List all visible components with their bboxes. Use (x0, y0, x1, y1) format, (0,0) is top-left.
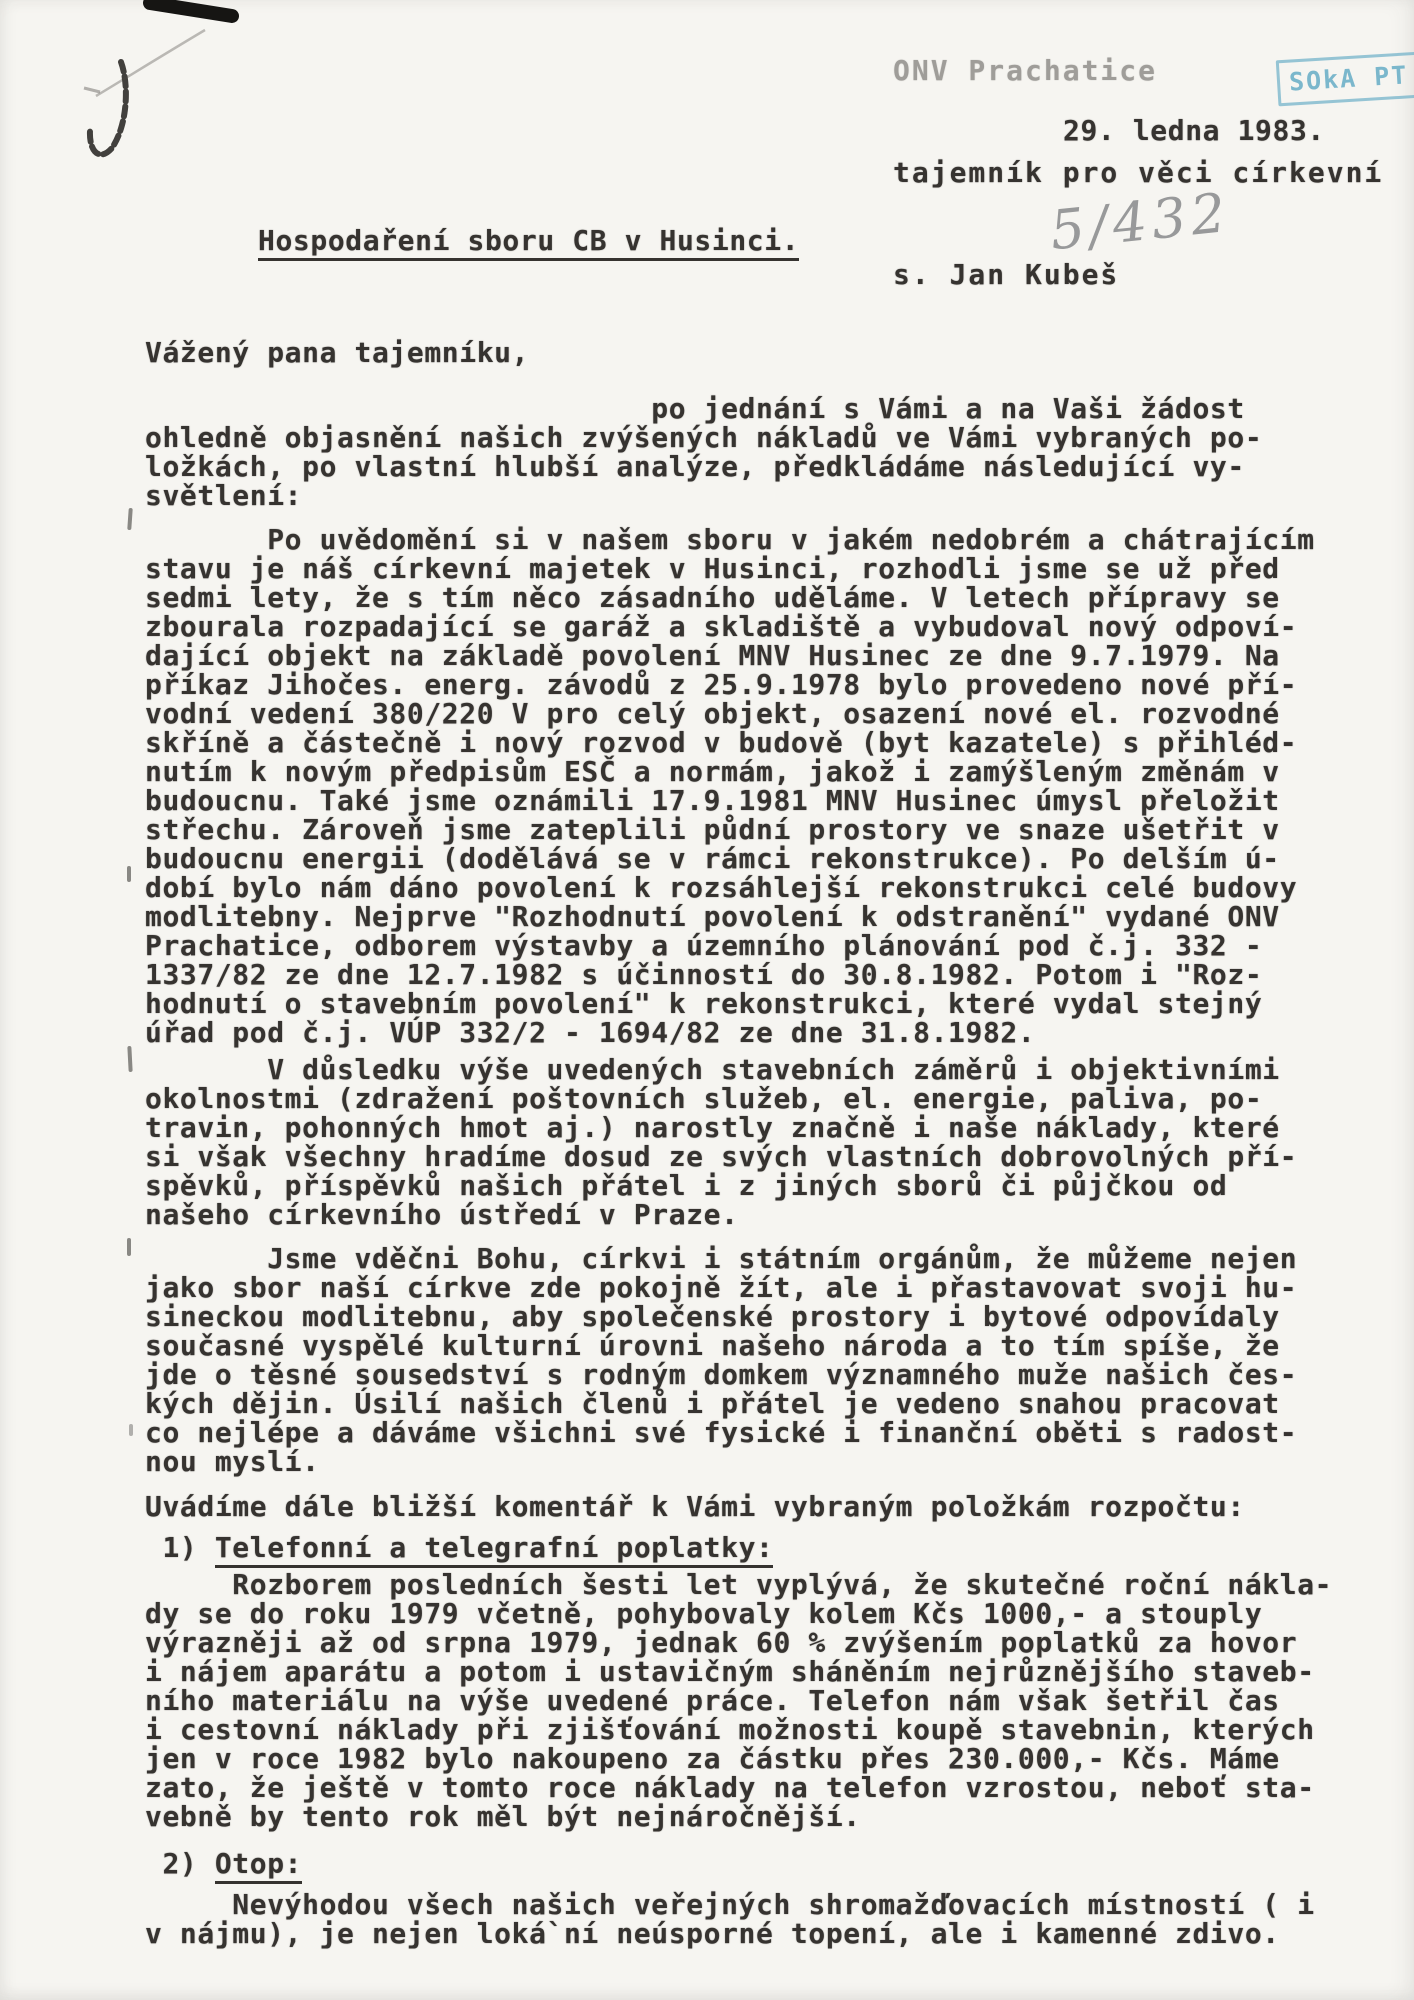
document-title: Hospodaření sboru CB v Husinci. (258, 226, 799, 255)
addressee-line-name: s. Jan Kubeš (893, 258, 1383, 292)
section-2-body: Nevýhodou všech našich veřejných shromaž… (145, 1890, 1360, 1948)
section-1-heading: 1) Telefonní a telegrafní poplatky: (145, 1533, 1360, 1562)
scan-artifact (127, 508, 133, 530)
pen-scribble (0, 0, 300, 200)
section-1-body: Rozborem posledních šesti let vyplývá, ž… (145, 1570, 1360, 1831)
section-2-title: Otop: (215, 1847, 302, 1884)
section-1-number: 1) (145, 1531, 215, 1564)
section-2-heading: 2) Otop: (145, 1849, 1360, 1878)
paragraph-budget-intro: Uvádíme dále bližší komentář k Vámi vybr… (145, 1492, 1360, 1521)
scan-artifact (127, 1238, 131, 1256)
paragraph-gratitude: Jsme vděčni Bohu, církvi i státním orgán… (145, 1244, 1360, 1476)
paragraph-construction-history: Po uvědomění si v našem sboru v jakém ne… (145, 525, 1360, 1047)
addressee-line-role: tajemník pro věci církevní (893, 156, 1383, 190)
section-2-number: 2) (145, 1847, 215, 1880)
paragraph-costs: V důsledku výše uvedených stavebních zám… (145, 1055, 1360, 1229)
scan-artifact (127, 866, 131, 882)
paragraph-opening: po jednání s Vámi a na Vaši žádost ohled… (145, 394, 1360, 510)
document-title-text: Hospodaření sboru CB v Husinci. (258, 224, 799, 261)
salutation: Vážený pana tajemníku, (145, 338, 1360, 367)
header-addressee: ONV Prachatice tajemník pro věci církevn… (893, 0, 1383, 360)
scanned-letter-page: ONV Prachatice tajemník pro věci církevn… (0, 0, 1414, 2000)
letter-date: 29. ledna 1983. (1063, 116, 1325, 145)
section-1-title: Telefonní a telegrafní poplatky: (215, 1531, 774, 1568)
archive-stamp: SOkA PT (1276, 52, 1414, 107)
letter-body: Vážený pana tajemníku, po jednání s Vámi… (145, 338, 1360, 1948)
scan-artifact (129, 1424, 133, 1436)
scan-artifact (127, 1046, 132, 1072)
